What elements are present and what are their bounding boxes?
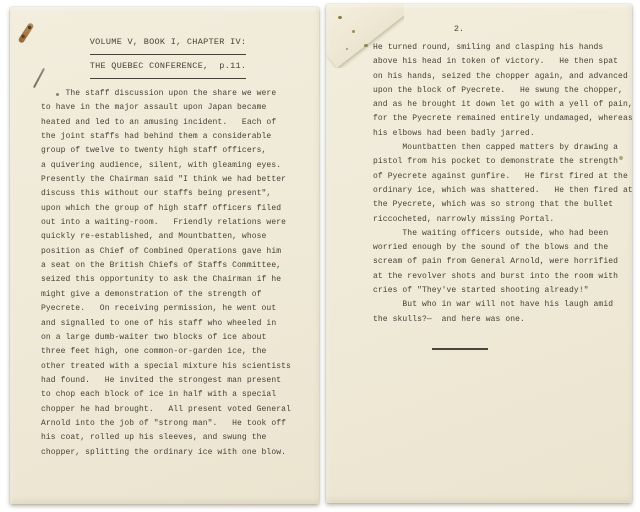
page-number: 2. (326, 24, 592, 34)
page-1: VOLUME V, BOOK I, CHAPTER IV: THE QUEBEC… (10, 7, 319, 504)
text-line: position as Chief of Combined Operations… (41, 245, 303, 259)
text-line: his elbows had been badly jarred. (373, 127, 629, 141)
text-line: Mountbatten then capped matters by drawi… (373, 141, 629, 155)
page-2: 2. He turned round, smiling and clasping… (326, 4, 632, 503)
heading-line-1: VOLUME V, BOOK I, CHAPTER IV: (40, 31, 296, 55)
text-line: might give a demonstration of the streng… (41, 288, 303, 302)
text-line: and signalled to one of his staff who wh… (41, 317, 303, 331)
text-line: chopper, splitting the ordinary ice with… (41, 446, 303, 460)
text-line: The waiting officers outside, who had be… (373, 227, 629, 241)
text-line: quickly re-established, and Mountbatten,… (41, 230, 303, 244)
text-line: cries of "They've started shooting alrea… (373, 284, 629, 298)
text-line: the skulls?— and here was one. (373, 313, 629, 327)
text-line: of Pyecrete against gunfire. He first fi… (373, 170, 629, 184)
text-line: for the Pyecrete remained entirely undam… (373, 112, 629, 126)
text-line: discuss this without our staffs being pr… (41, 187, 303, 201)
text-line: Arnold into the job of "strong man". He … (41, 417, 303, 431)
text-line: a quivering audience, silent, with gleam… (41, 159, 303, 173)
text-line: Presently the Chairman said "I think we … (41, 173, 303, 187)
text-line: But who in war will not have his laugh a… (373, 298, 629, 312)
chapter-heading: VOLUME V, BOOK I, CHAPTER IV: THE QUEBEC… (40, 31, 296, 79)
text-line: The staff discussion upon the share we w… (41, 87, 303, 101)
text-line: other treated with a special mixture his… (41, 360, 303, 374)
text-line: out into a waiting-room. Friendly relati… (41, 216, 303, 230)
text-line: ordinary ice, which was shattered. He th… (373, 184, 629, 198)
text-line: seized this opportunity to ask the Chair… (41, 273, 303, 287)
document-scan: VOLUME V, BOOK I, CHAPTER IV: THE QUEBEC… (0, 0, 640, 512)
text-line: above his head in token of victory. He t… (373, 55, 629, 69)
paper-speck (364, 44, 368, 47)
text-line: a seat on the British Chiefs of Staffs C… (41, 259, 303, 273)
text-line: to have in the major assault upon Japan … (41, 101, 303, 115)
text-line: upon which the group of high staff offic… (41, 202, 303, 216)
heading-line-2: THE QUEBEC CONFERENCE, p.11. (40, 55, 296, 79)
text-line: the Pyecrete, which was so strong that t… (373, 198, 629, 212)
text-line: the joint staffs had behind them a consi… (41, 130, 303, 144)
text-line: worried enough by the sound of the blows… (373, 241, 629, 255)
text-line: pistol from his pocket to demonstrate th… (373, 155, 629, 169)
text-line: Pyecrete. On receiving permission, he we… (41, 302, 303, 316)
end-of-text-rule (432, 348, 488, 350)
text-line: He turned round, smiling and clasping hi… (373, 41, 629, 55)
text-line: had found. He invited the strongest man … (41, 374, 303, 388)
text-line: chopper he had brought. All present vote… (41, 403, 303, 417)
page-2-body-text: He turned round, smiling and clasping hi… (373, 41, 629, 327)
text-line: and as he brought it down let go with a … (373, 98, 629, 112)
staple-rust-mark (17, 22, 34, 44)
paper-speck (346, 48, 348, 50)
page-1-body-text: The staff discussion upon the share we w… (41, 87, 303, 460)
text-line: group of twelve to twenty high staff off… (41, 144, 303, 158)
text-line: upon the block of Pyecrete. He swung the… (373, 84, 629, 98)
text-line: three feet high, one common-or-garden ic… (41, 345, 303, 359)
text-line: riccocheted, narrowly missing Portal. (373, 213, 629, 227)
text-line: at the revolver shots and burst into the… (373, 270, 629, 284)
text-line: to chop each block of ice in half with a… (41, 388, 303, 402)
text-line: on a large dumb-waiter two blocks of ice… (41, 331, 303, 345)
text-line: scream of pain from General Arnold, were… (373, 255, 629, 269)
text-line: heated and led to an amusing incident. E… (41, 116, 303, 130)
text-line: his coat, rolled up his sleeves, and swu… (41, 431, 303, 445)
paper-speck (338, 16, 342, 19)
text-line: on his hands, seized the chopper again, … (373, 70, 629, 84)
